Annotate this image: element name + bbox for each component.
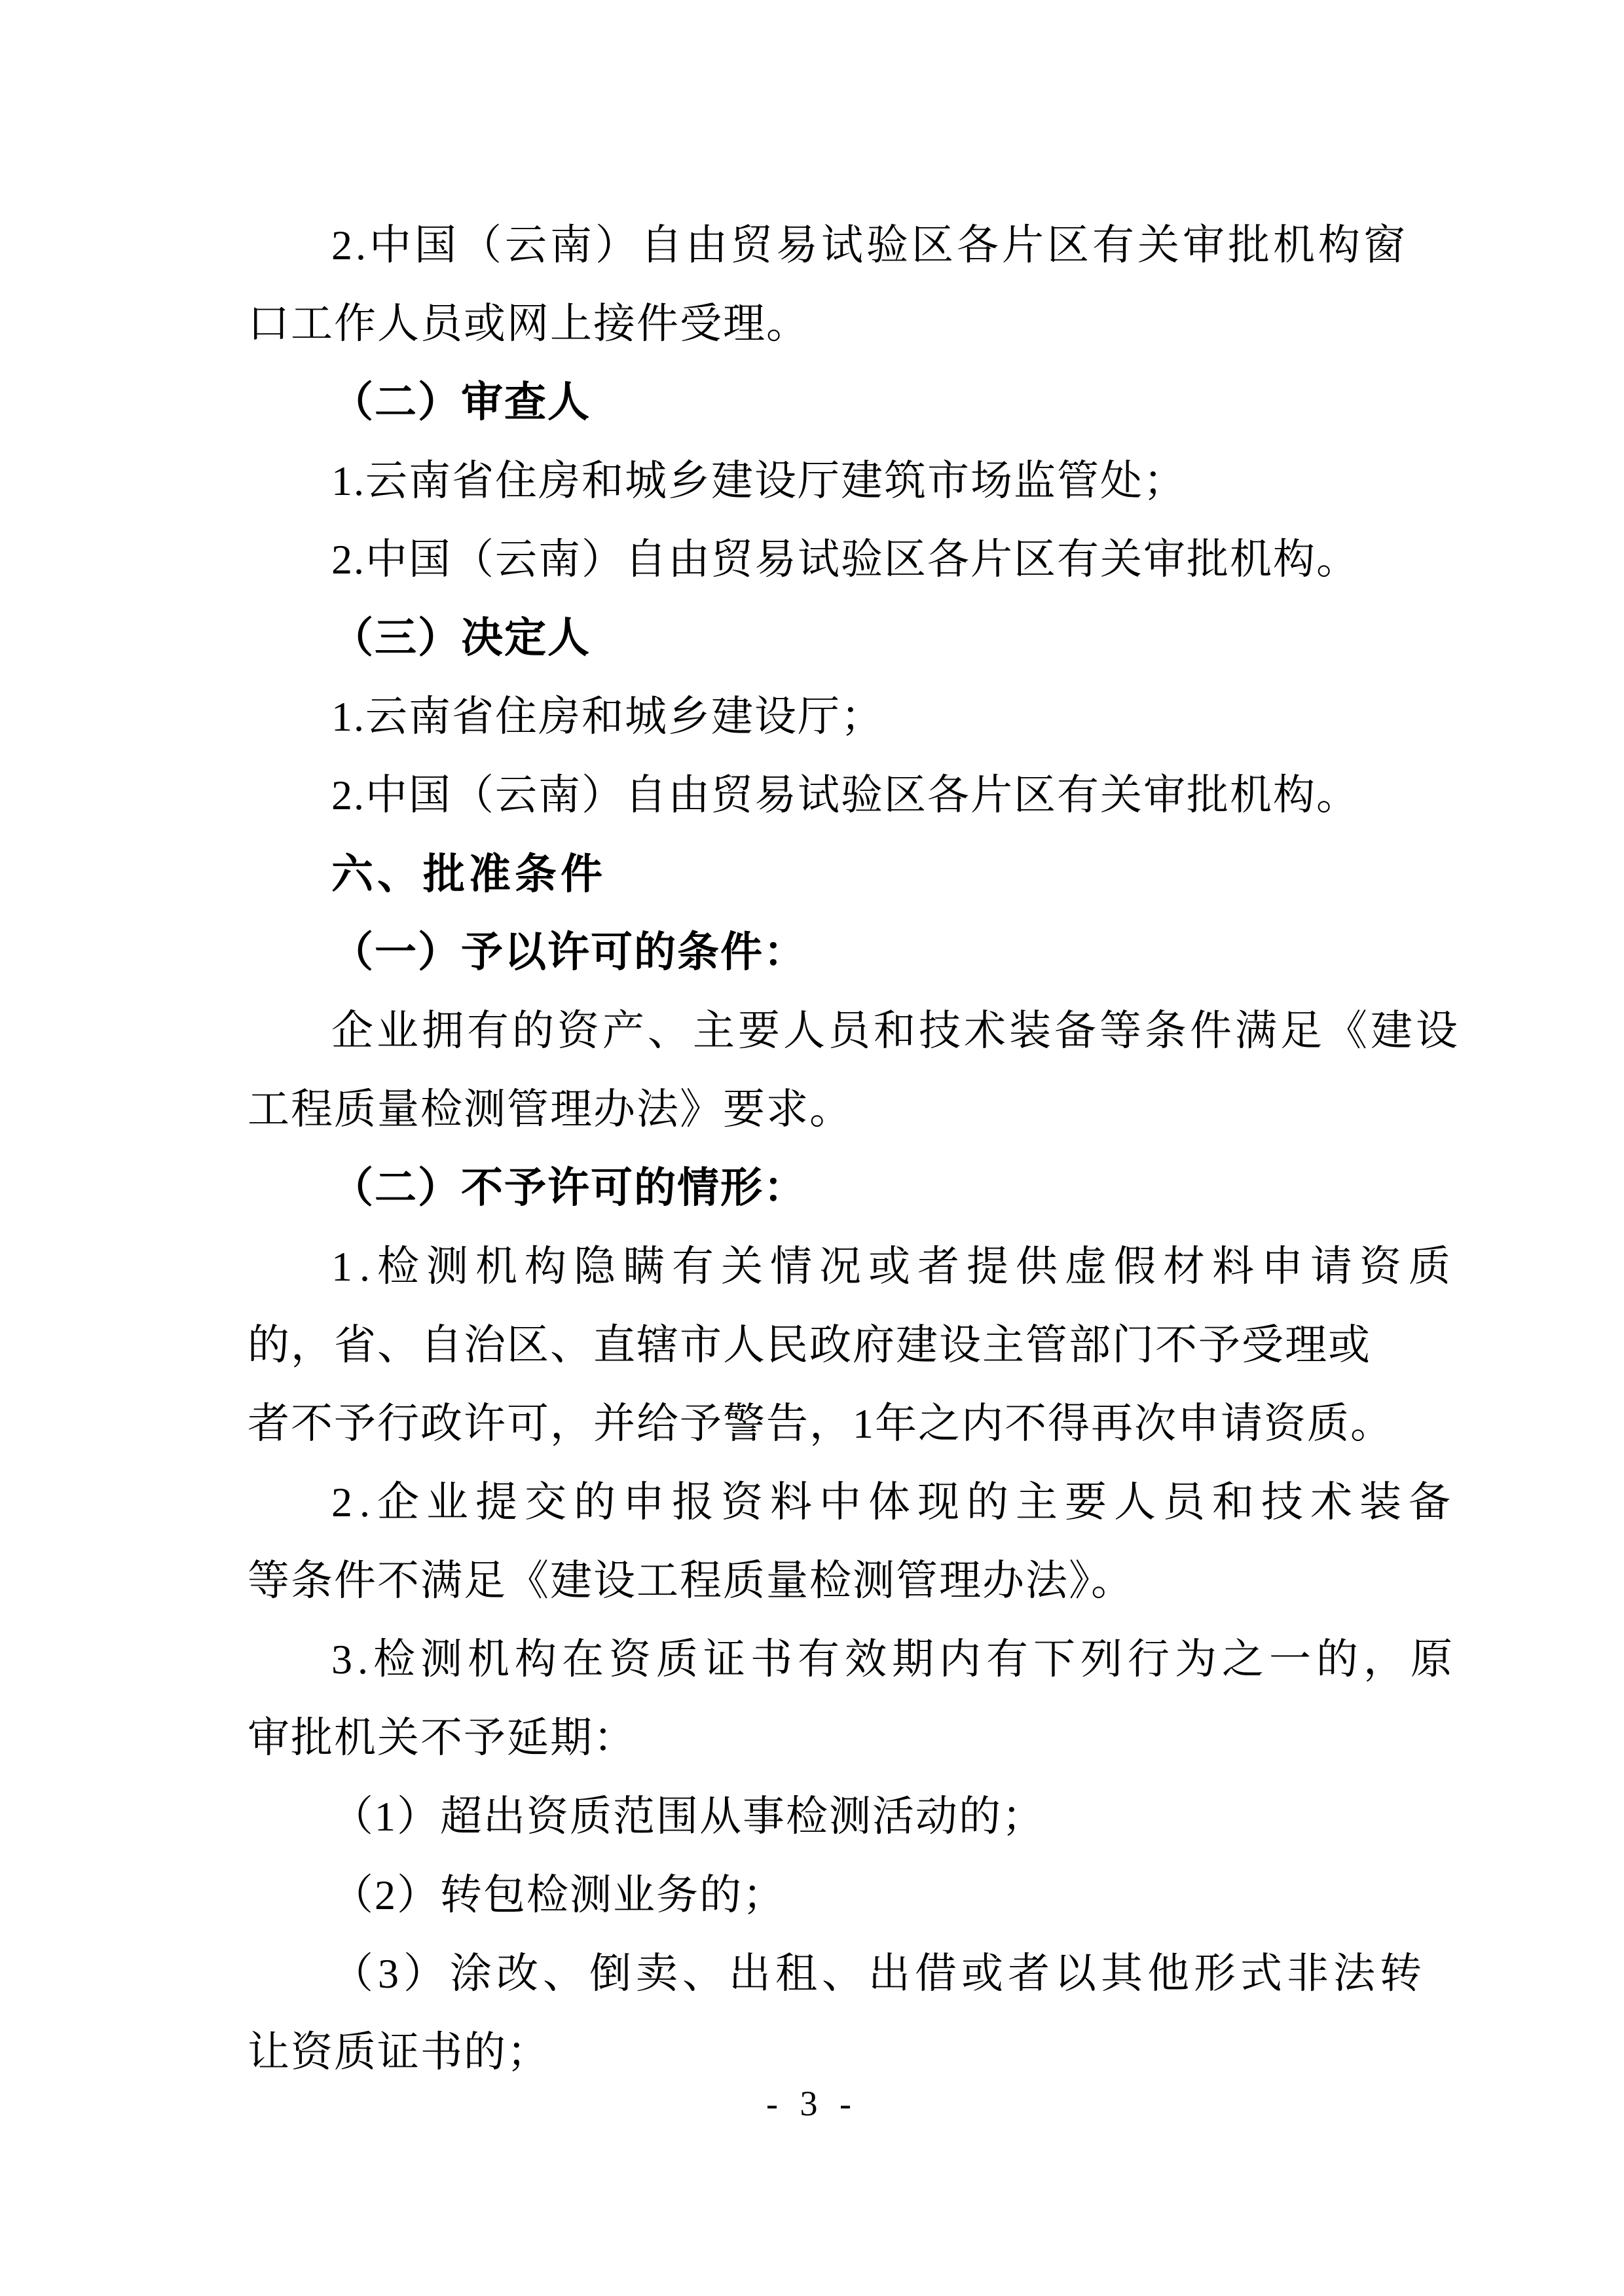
- doc-line: 2.中国（云南）自由贸易试验区各片区有关审批机构。: [248, 520, 1376, 599]
- heading-reviewer: （二）审查人: [248, 363, 1376, 442]
- heading-decider: （三）决定人: [248, 599, 1376, 678]
- doc-line: （2）转包检测业务的；: [248, 1856, 1376, 1935]
- doc-line: 工程质量检测管理办法》要求。: [248, 1070, 1376, 1149]
- doc-line: 者不予行政许可，并给予警告，1年之内不得再次申请资质。: [248, 1385, 1376, 1463]
- doc-line: 口工作人员或网上接件受理。: [248, 285, 1376, 363]
- heading-permit-conditions: （一）予以许可的条件：: [248, 913, 1376, 992]
- doc-line: 1.云南省住房和城乡建设厅；: [248, 678, 1376, 756]
- doc-line: 2.企业提交的申报资料中体现的主要人员和技术装备: [248, 1463, 1376, 1542]
- doc-line: 等条件不满足《建设工程质量检测管理办法》。: [248, 1542, 1376, 1620]
- doc-line: 1.云南省住房和城乡建设厅建筑市场监管处；: [248, 442, 1376, 520]
- doc-line: 审批机关不予延期：: [248, 1699, 1376, 1777]
- doc-line: 2.中国（云南）自由贸易试验区各片区有关审批机构。: [248, 756, 1376, 835]
- doc-line: 3.检测机构在资质证书有效期内有下列行为之一的，原: [248, 1620, 1376, 1699]
- heading-denial-situations: （二）不予许可的情形：: [248, 1149, 1376, 1228]
- doc-line: 2.中国（云南）自由贸易试验区各片区有关审批机构窗: [248, 206, 1376, 285]
- doc-line: （3）涂改、倒卖、出租、出借或者以其他形式非法转: [248, 1935, 1376, 2013]
- document-page: 2.中国（云南）自由贸易试验区各片区有关审批机构窗 口工作人员或网上接件受理。 …: [0, 0, 1624, 2296]
- doc-line: 企业拥有的资产、主要人员和技术装备等条件满足《建设: [248, 992, 1376, 1070]
- doc-line: （1）超出资质范围从事检测活动的；: [248, 1777, 1376, 1856]
- document-body: 2.中国（云南）自由贸易试验区各片区有关审批机构窗 口工作人员或网上接件受理。 …: [248, 206, 1376, 2092]
- doc-line: 1.检测机构隐瞒有关情况或者提供虚假材料申请资质: [248, 1228, 1376, 1306]
- heading-approval-conditions: 六、批准条件: [248, 835, 1376, 913]
- page-number: - 3 -: [0, 2074, 1624, 2133]
- doc-line: 的，省、自治区、直辖市人民政府建设主管部门不予受理或: [248, 1306, 1376, 1385]
